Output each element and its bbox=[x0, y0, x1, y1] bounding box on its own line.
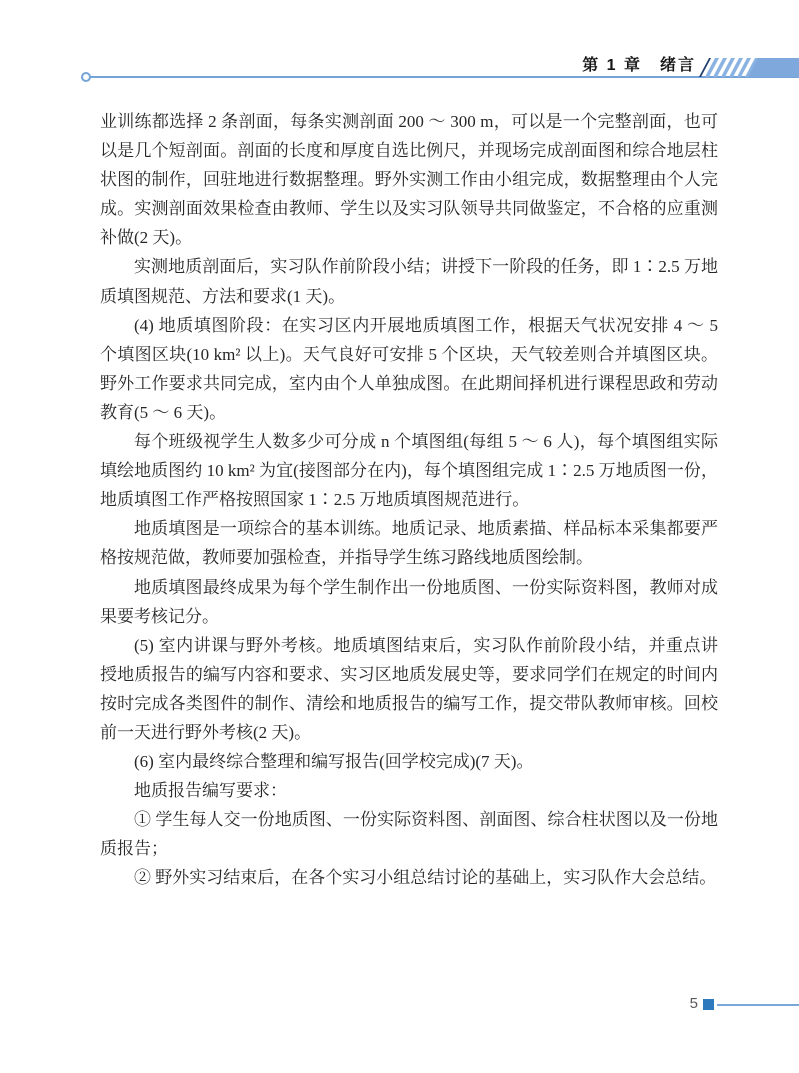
footer-square-decoration bbox=[703, 999, 714, 1010]
header-solid-block-decoration bbox=[748, 58, 799, 77]
paragraph: 业训练都选择 2 条剖面，每条实测剖面 200 ～ 300 m，可以是一个完整剖… bbox=[100, 107, 718, 252]
header-rule-start-circle bbox=[81, 72, 91, 82]
body-text: 业训练都选择 2 条剖面，每条实测剖面 200 ～ 300 m，可以是一个完整剖… bbox=[100, 107, 718, 893]
paragraph: 地质填图是一项综合的基本训练。地质记录、地质素描、样品标本采集都要严格按规范做，… bbox=[100, 514, 718, 572]
page-number: 5 bbox=[672, 995, 698, 1012]
paragraph: ② 野外实习结束后，在各个实习小组总结讨论的基础上，实习队作大会总结。 bbox=[100, 863, 718, 892]
paragraph: 每个班级视学生人数多少可分成 n 个填图组(每组 5 ～ 6 人)，每个填图组实… bbox=[100, 427, 718, 514]
footer-rule bbox=[717, 1004, 799, 1006]
chapter-heading: 第 1 章 绪言 bbox=[582, 52, 696, 75]
paragraph: (4) 地质填图阶段：在实习区内开展地质填图工作，根据天气状况安排 4 ～ 5 … bbox=[100, 311, 718, 427]
paragraph: 实测地质剖面后，实习队作前阶段小结；讲授下一阶段的任务，即 1∶2.5 万地质填… bbox=[100, 252, 718, 310]
paragraph: 地质填图最终成果为每个学生制作出一份地质图、一份实际资料图，教师对成果要考核记分… bbox=[100, 573, 718, 631]
header-rule bbox=[89, 76, 799, 78]
paragraph: 地质报告编写要求： bbox=[100, 776, 718, 805]
paragraph: ① 学生每人交一份地质图、一份实际资料图、剖面图、综合柱状图以及一份地质报告； bbox=[100, 805, 718, 863]
paragraph: (6) 室内最终综合整理和编写报告(回学校完成)(7 天)。 bbox=[100, 747, 718, 776]
document-page: 第 1 章 绪言 业训练都选择 2 条剖面，每条实测剖面 200 ～ 300 m… bbox=[0, 0, 799, 1073]
paragraph: (5) 室内讲课与野外考核。地质填图结束后，实习队作前阶段小结，并重点讲授地质报… bbox=[100, 631, 718, 747]
